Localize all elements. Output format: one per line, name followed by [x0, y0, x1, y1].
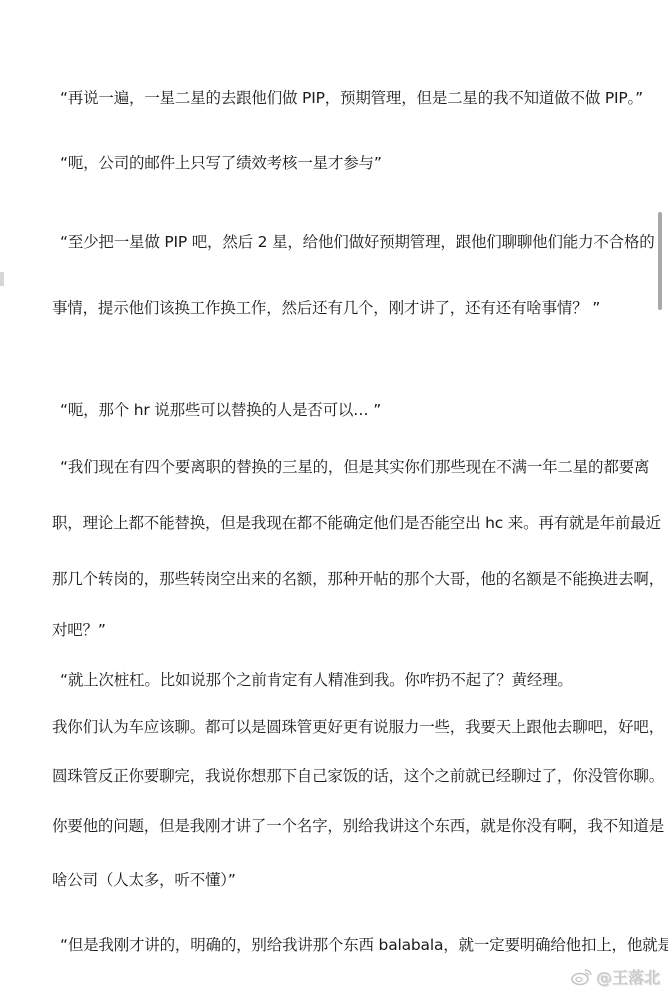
paragraph-3-line-2: 事情，提示他们该换工作换工作，然后还有几个，刚才讲了，还有还有啥事情？ ”	[52, 298, 600, 318]
paragraph-4-line-1: “呃，那个 hr 说那些可以替换的人是否可以… ”	[60, 400, 381, 420]
weibo-logo-icon	[571, 968, 593, 986]
paragraph-6-line-1: “就上次桩杠。比如说那个之前肯定有人精准到我。你咋扔不起了？黄经理。	[60, 670, 573, 690]
paragraph-5-line-3: 那几个转岗的，那些转岗空出来的名额，那种开帖的那个大哥，他的名额是不能换进去啊，	[52, 569, 664, 589]
paragraph-6-line-3: 圆珠管反正你要聊完，我说你想那下自己家饭的话，这个之前就已经聊过了，你没管你聊。	[52, 766, 664, 786]
paragraph-6-line-5: 啥公司（人太多，听不懂）”	[52, 870, 236, 890]
watermark: @王落北	[571, 965, 660, 988]
paragraph-6-line-4: 你要他的问题，但是我刚才讲了一个名字，别给我讲这个东西，就是你没有啊，我不知道是	[52, 816, 664, 836]
paragraph-5-line-1: “我们现在有四个要离职的替换的三星的，但是其实你们那些现在不满一年二星的都要离	[60, 457, 649, 477]
watermark-text: @王落北	[596, 965, 660, 988]
document-page: “再说一遍，一星二星的去跟他们做 PIP，预期管理，但是二星的我不知道做不做 P…	[0, 0, 668, 1000]
paragraph-5-line-4: 对吧？”	[52, 620, 106, 640]
vertical-scrollbar[interactable]	[658, 212, 662, 310]
paragraph-6-line-2: 我你们认为车应该聊。都可以是圆珠管更好更有说服力一些，我要天上跟他去聊吧，好吧，	[52, 717, 664, 737]
paragraph-1-line-1: “再说一遍，一星二星的去跟他们做 PIP，预期管理，但是二星的我不知道做不做 P…	[60, 88, 643, 108]
paragraph-2-line-1: “呃，公司的邮件上只写了绩效考核一星才参与”	[60, 153, 382, 173]
paragraph-7-line-1: “但是我刚才讲的，明确的，别给我讲那个东西 balabala，就一定要明确给他扣…	[60, 935, 668, 955]
edge-artifact	[0, 272, 4, 286]
paragraph-5-line-2: 职，理论上都不能替换，但是我现在都不能确定他们是否能空出 hc 来。再有就是年前…	[52, 513, 661, 533]
paragraph-3-line-1: “至少把一星做 PIP 吧，然后 2 星，给他们做好预期管理，跟他们聊聊他们能力…	[60, 232, 655, 252]
